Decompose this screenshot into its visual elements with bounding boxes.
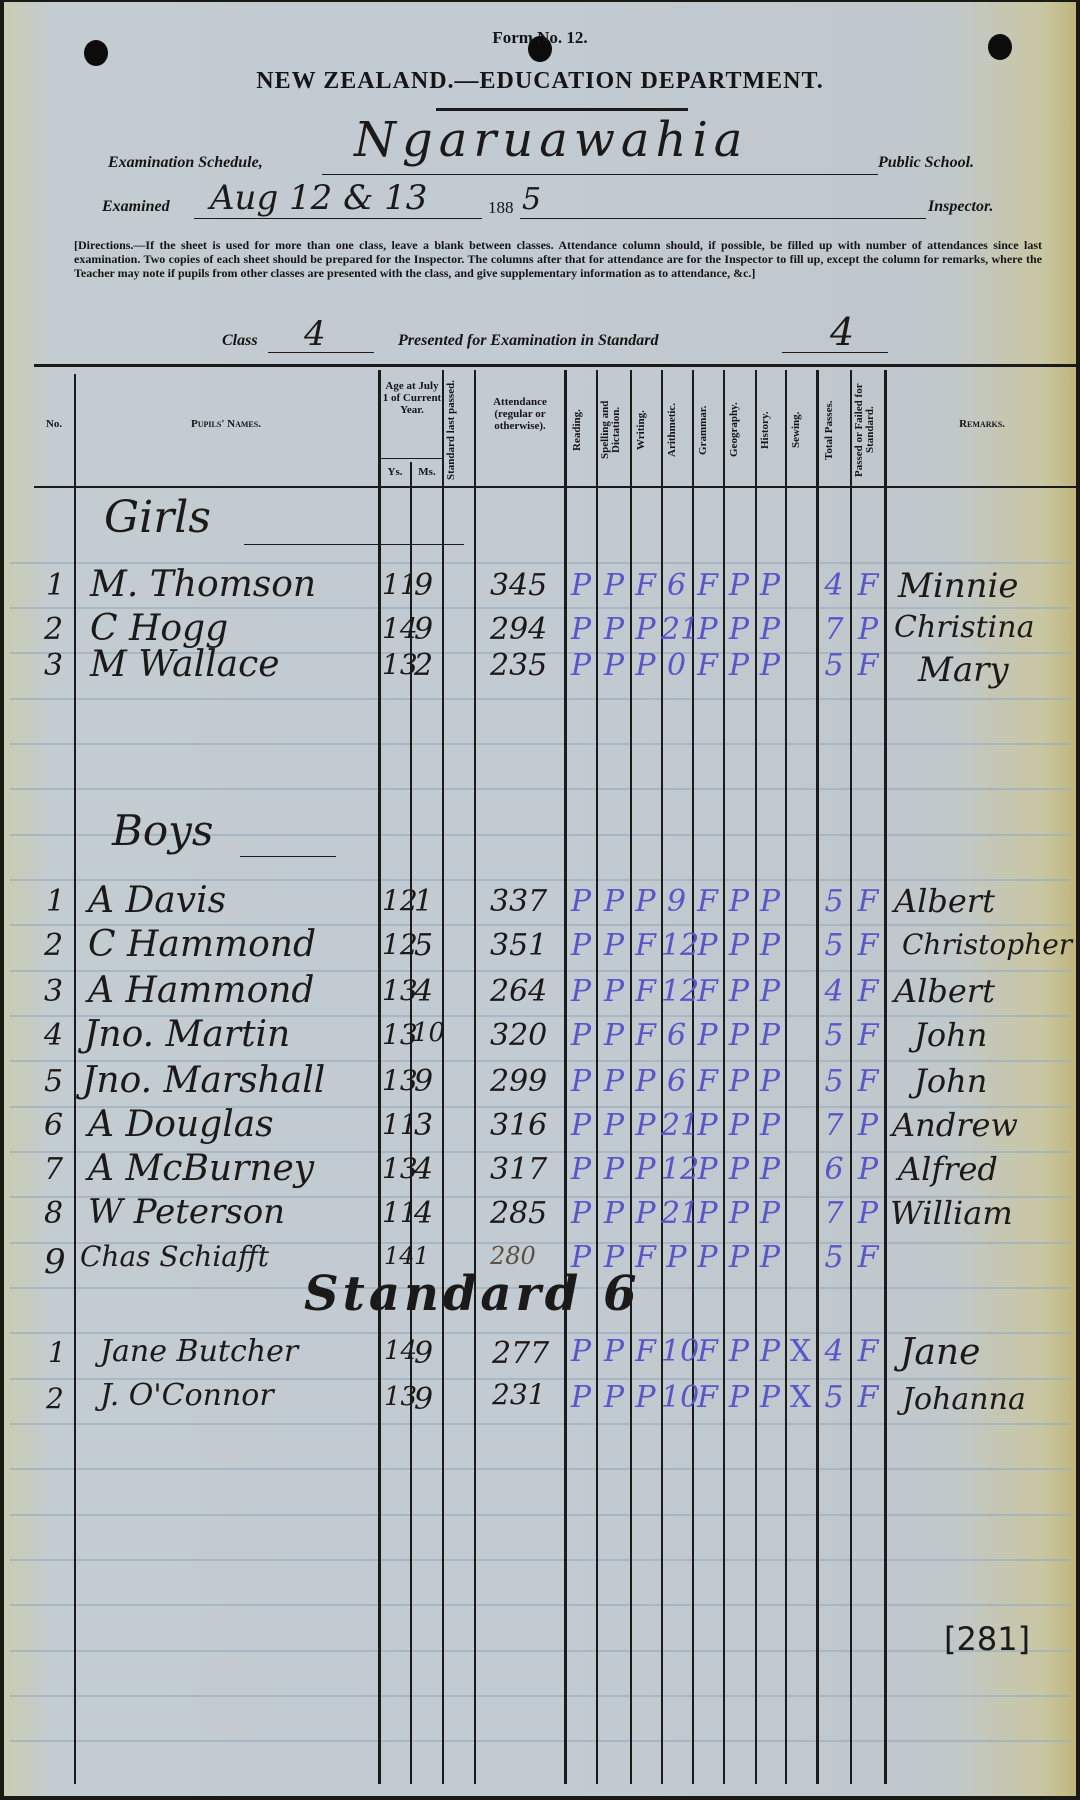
cell-att: 351 — [490, 928, 547, 963]
cell-spelling: P — [598, 648, 630, 683]
cell-total: 7 — [818, 1196, 850, 1231]
cell-geography: P — [723, 1334, 755, 1369]
cell-mos: 5 — [414, 928, 433, 963]
cell-arith: 6 — [661, 1018, 692, 1053]
inspector-label: Inspector. — [928, 198, 993, 216]
girls-underline — [244, 544, 464, 545]
cell-pf: F — [852, 1018, 884, 1053]
cell-arith: 9 — [661, 884, 692, 919]
cell-grammar: F — [692, 1380, 723, 1415]
header-attendance: Attendance (regular or otherwise). — [476, 396, 564, 432]
cell-total: 4 — [818, 1334, 850, 1369]
school-name-line — [322, 174, 878, 175]
header-months: Ms. — [412, 466, 442, 478]
cell-reading: P — [566, 1064, 596, 1099]
header-reading: Reading. — [572, 378, 592, 482]
school-suffix: Public School. — [878, 154, 974, 172]
cell-writing: P — [630, 1380, 661, 1415]
cell-mos: 9 — [414, 1382, 433, 1417]
cell-geography: P — [723, 648, 755, 683]
cell-geography: P — [723, 884, 755, 919]
exam-schedule-sheet: Form No. 12. NEW ZEALAND.—EDUCATION DEPA… — [4, 2, 1076, 1796]
section-label-girls: Girls — [104, 492, 211, 543]
cell-writing: P — [630, 884, 661, 919]
cell-yrs: 11 — [382, 568, 418, 601]
cell-history: P — [755, 974, 785, 1009]
cell-grammar: P — [692, 612, 723, 647]
cell-geography: P — [723, 1064, 755, 1099]
cell-no: 9 — [44, 1242, 66, 1282]
cell-spelling: P — [598, 1380, 630, 1415]
cell-writing: P — [630, 1152, 661, 1187]
class-label: Class — [222, 332, 258, 350]
cell-reading: P — [566, 884, 596, 919]
cell-grammar: P — [692, 1240, 723, 1275]
examined-label: Examined — [102, 198, 170, 216]
cell-name: W Peterson — [88, 1192, 285, 1232]
cell-history: P — [755, 1064, 785, 1099]
cell-att: 235 — [490, 648, 547, 683]
examined-date: Aug 12 & 13 — [210, 178, 427, 218]
cell-pf: F — [852, 1064, 884, 1099]
cell-reading: P — [566, 1108, 596, 1143]
cell-arith: 21 — [661, 1196, 692, 1231]
boys-underline — [240, 856, 336, 857]
cell-name: M. Thomson — [90, 564, 316, 605]
cell-arith: 6 — [661, 568, 692, 603]
cell-writing: F — [630, 1334, 661, 1369]
cell-mos: 4 — [414, 1196, 433, 1231]
cell-total: 4 — [818, 974, 850, 1009]
cell-total: 5 — [818, 884, 850, 919]
cell-att: 285 — [490, 1196, 547, 1231]
cell-arith: 12 — [661, 974, 692, 1009]
cell-history: P — [755, 1018, 785, 1053]
cell-pf: F — [852, 648, 884, 683]
section-label-standard-6: Standard 6 — [304, 1266, 640, 1322]
cell-remark: Albert — [894, 882, 995, 920]
cell-spelling: P — [598, 974, 630, 1009]
cell-history: P — [755, 928, 785, 963]
cell-total: 7 — [818, 612, 850, 647]
cell-spelling: P — [598, 928, 630, 963]
section-label-boys: Boys — [112, 806, 213, 855]
cell-geography: P — [723, 928, 755, 963]
header-spelling: Spelling and Dictation. — [600, 378, 628, 482]
header-total-passes: Total Passes. — [824, 378, 844, 482]
cell-writing: P — [630, 1196, 661, 1231]
cell-spelling: P — [598, 612, 630, 647]
cell-no: 5 — [44, 1064, 63, 1099]
cell-mos: 9 — [414, 568, 433, 603]
cell-name: A McBurney — [88, 1148, 314, 1189]
cell-mos: 9 — [414, 1336, 433, 1371]
cell-spelling: P — [598, 568, 630, 603]
cell-geography: P — [723, 1240, 755, 1275]
cell-name: Jno. Marshall — [82, 1060, 325, 1101]
cell-writing: F — [630, 928, 661, 963]
cell-spelling: P — [598, 1152, 630, 1187]
cell-name: Jno. Martin — [84, 1014, 290, 1055]
cell-pf: F — [852, 1240, 884, 1275]
cell-reading: P — [566, 1334, 596, 1369]
cell-history: P — [755, 884, 785, 919]
header-bottom-rule — [34, 486, 1076, 488]
header-sewing: Sewing. — [791, 378, 811, 482]
cell-remark: Alfred — [898, 1150, 998, 1188]
header-no: No. — [34, 418, 74, 430]
cell-arith: 6 — [661, 1064, 692, 1099]
cell-reading: P — [566, 1018, 596, 1053]
cell-att: 299 — [490, 1064, 547, 1099]
archive-reference: [281] — [944, 1620, 1030, 1658]
cell-spelling: P — [598, 1196, 630, 1231]
cell-geography: P — [723, 1380, 755, 1415]
cell-no: 2 — [44, 612, 63, 647]
cell-name: A Davis — [88, 880, 226, 921]
header-age: Age at July 1 of Current Year. — [382, 380, 442, 416]
cell-grammar: F — [692, 1334, 723, 1369]
cell-history: P — [755, 1196, 785, 1231]
cell-arith: 12 — [661, 1152, 692, 1187]
cell-yrs: 12 — [382, 928, 418, 961]
cell-geography: P — [723, 1108, 755, 1143]
cell-remark: Johanna — [902, 1382, 1026, 1417]
cell-name: Jane Butcher — [100, 1334, 298, 1369]
class-value: 4 — [304, 314, 326, 354]
cell-att: 277 — [492, 1336, 549, 1371]
cell-grammar: F — [692, 974, 723, 1009]
cell-arith: 0 — [661, 648, 692, 683]
cell-no: 1 — [46, 568, 65, 603]
table-top-border — [34, 364, 1076, 367]
cell-spelling: P — [598, 884, 630, 919]
directions-text: [Directions.—If the sheet is used for mo… — [74, 238, 1042, 280]
cell-reading: P — [566, 1196, 596, 1231]
cell-name: A Hammond — [88, 970, 314, 1011]
cell-mos: 4 — [414, 1152, 433, 1187]
header-remarks: Remarks. — [888, 418, 1076, 430]
header-history: History. — [760, 378, 780, 482]
cell-remark: John — [914, 1062, 987, 1100]
cell-geography: P — [723, 612, 755, 647]
cell-total: 5 — [818, 648, 850, 683]
cell-no: 3 — [44, 648, 63, 683]
cell-remark: Christopher — [902, 928, 1072, 961]
cell-mos: 2 — [414, 648, 433, 683]
cell-mos: 3 — [414, 1108, 433, 1143]
cell-yrs: 14 — [384, 1336, 417, 1366]
cell-remark: Mary — [918, 650, 1009, 690]
inspector-line — [520, 218, 926, 219]
cell-arith: 10 — [661, 1334, 692, 1369]
cell-spelling: P — [598, 1108, 630, 1143]
cell-pf: F — [852, 1334, 884, 1369]
cell-no: 2 — [44, 928, 63, 963]
cell-grammar: P — [692, 1018, 723, 1053]
cell-remark: Albert — [894, 972, 995, 1010]
cell-no: 2 — [46, 1382, 64, 1415]
cell-yrs: 13 — [382, 1064, 418, 1097]
cell-grammar: F — [692, 648, 723, 683]
cell-remark: John — [914, 1016, 987, 1054]
cell-no: 8 — [44, 1196, 63, 1231]
cell-pf: P — [852, 1196, 884, 1231]
cell-total: 7 — [818, 1108, 850, 1143]
cell-att: 317 — [490, 1152, 547, 1187]
year-prefix: 188 — [488, 198, 514, 218]
cell-geography: P — [723, 974, 755, 1009]
cell-pf: F — [852, 884, 884, 919]
cell-att: 345 — [490, 568, 547, 603]
cell-geography: P — [723, 1196, 755, 1231]
cell-grammar: P — [692, 928, 723, 963]
cell-reading: P — [566, 1152, 596, 1187]
cell-no: 7 — [44, 1152, 63, 1187]
cell-total: 5 — [818, 1018, 850, 1053]
cell-writing: P — [630, 1064, 661, 1099]
cell-sewing: X — [785, 1334, 816, 1369]
cell-remark: William — [890, 1194, 1013, 1232]
cell-geography: P — [723, 1152, 755, 1187]
cell-remark: Christina — [894, 610, 1034, 645]
cell-no: 1 — [48, 1336, 66, 1369]
cell-reading: P — [566, 1380, 596, 1415]
cell-history: P — [755, 568, 785, 603]
header-writing: Writing. — [636, 378, 656, 482]
cell-reading: P — [566, 928, 596, 963]
cell-grammar: P — [692, 1152, 723, 1187]
cell-mos: 10 — [412, 1018, 445, 1048]
cell-writing: P — [630, 648, 661, 683]
cell-history: P — [755, 1108, 785, 1143]
cell-yrs: 13 — [382, 974, 418, 1007]
cell-yrs: 13 — [384, 1382, 417, 1412]
cell-att: 337 — [490, 884, 547, 919]
cell-grammar: P — [692, 1196, 723, 1231]
cell-arith: 12 — [661, 928, 692, 963]
schedule-label: Examination Schedule, — [108, 154, 263, 172]
cell-arith: P — [661, 1240, 692, 1275]
cell-att: 320 — [490, 1018, 547, 1053]
cell-history: P — [755, 1152, 785, 1187]
header-grammar: Grammar. — [698, 378, 718, 482]
cell-att: 316 — [490, 1108, 547, 1143]
cell-grammar: F — [692, 568, 723, 603]
cell-total: 5 — [818, 1380, 850, 1415]
presented-label: Presented for Examination in Standard — [398, 332, 659, 350]
cell-yrs: 13 — [382, 1152, 418, 1185]
cell-history: P — [755, 1334, 785, 1369]
cell-writing: F — [630, 974, 661, 1009]
header-arithmetic: Arithmetic. — [667, 378, 687, 482]
form-number: Form No. 12. — [4, 28, 1076, 48]
cell-name: C Hogg — [90, 608, 228, 649]
cell-total: 5 — [818, 1064, 850, 1099]
header-geography: Geography. — [729, 378, 749, 482]
cell-writing: P — [630, 1108, 661, 1143]
cell-pf: P — [852, 1108, 884, 1143]
header-standard-last-passed: Standard last passed. — [446, 378, 472, 482]
cell-arith: 21 — [661, 612, 692, 647]
cell-spelling: P — [598, 1064, 630, 1099]
cell-pf: P — [852, 1152, 884, 1187]
cell-yrs: 13 — [382, 648, 418, 681]
cell-att: 294 — [490, 612, 547, 647]
cell-remark: Jane — [900, 1332, 980, 1373]
cell-yrs: 11 — [382, 1108, 418, 1141]
cell-att: 264 — [490, 974, 547, 1009]
cell-arith: 21 — [661, 1108, 692, 1143]
cell-mos: 4 — [414, 974, 433, 1009]
cell-geography: P — [723, 568, 755, 603]
header-pupils-names: Pupils' Names. — [76, 418, 376, 430]
cell-no: 3 — [44, 974, 63, 1009]
cell-spelling: P — [598, 1018, 630, 1053]
cell-reading: P — [566, 648, 596, 683]
cell-sewing: X — [785, 1380, 816, 1415]
cell-total: 6 — [818, 1152, 850, 1187]
standard-value: 4 — [830, 310, 854, 354]
cell-remark: Minnie — [898, 566, 1018, 606]
cell-mos: 9 — [414, 1064, 433, 1099]
school-name: Ngaruawahia — [354, 112, 748, 168]
cell-no: 4 — [44, 1018, 63, 1053]
cell-total: 4 — [818, 568, 850, 603]
cell-grammar: F — [692, 884, 723, 919]
cell-name: A Douglas — [88, 1104, 274, 1145]
cell-reading: P — [566, 974, 596, 1009]
page-title: NEW ZEALAND.—EDUCATION DEPARTMENT. — [4, 68, 1076, 95]
cell-reading: P — [566, 568, 596, 603]
cell-writing: F — [630, 568, 661, 603]
cell-pf: F — [852, 568, 884, 603]
cell-writing: P — [630, 612, 661, 647]
cell-name: M Wallace — [90, 644, 280, 685]
age-subheader-rule — [380, 458, 442, 459]
cell-pf: F — [852, 1380, 884, 1415]
examined-date-line — [194, 218, 482, 219]
cell-writing: F — [630, 1018, 661, 1053]
cell-reading: P — [566, 612, 596, 647]
cell-history: P — [755, 612, 785, 647]
cell-att: 231 — [492, 1378, 545, 1411]
year-suffix: 5 — [522, 182, 541, 217]
cell-name: Chas Schiafft — [80, 1240, 269, 1273]
cell-grammar: P — [692, 1108, 723, 1143]
cell-yrs: 14 — [382, 612, 418, 645]
cell-arith: 10 — [661, 1380, 692, 1415]
cell-name: J. O'Connor — [100, 1378, 274, 1413]
cell-geography: P — [723, 1018, 755, 1053]
cell-total: 5 — [818, 928, 850, 963]
cell-yrs: 12 — [382, 884, 418, 917]
header-passed-failed: Passed or Failed for Standard. — [854, 378, 880, 482]
cell-no: 1 — [46, 884, 65, 919]
header-years: Ys. — [380, 466, 410, 478]
cell-remark: Andrew — [892, 1106, 1018, 1144]
cell-history: P — [755, 1380, 785, 1415]
cell-total: 5 — [818, 1240, 850, 1275]
cell-mos: 9 — [414, 612, 433, 647]
cell-history: P — [755, 1240, 785, 1275]
cell-yrs: 11 — [382, 1196, 418, 1229]
cell-grammar: F — [692, 1064, 723, 1099]
cell-name: C Hammond — [88, 924, 316, 965]
cell-history: P — [755, 648, 785, 683]
cell-spelling: P — [598, 1334, 630, 1369]
cell-mos: 1 — [414, 884, 433, 919]
cell-no: 6 — [44, 1108, 63, 1143]
title-underline — [436, 108, 688, 111]
cell-pf: P — [852, 612, 884, 647]
cell-pf: F — [852, 974, 884, 1009]
cell-pf: F — [852, 928, 884, 963]
